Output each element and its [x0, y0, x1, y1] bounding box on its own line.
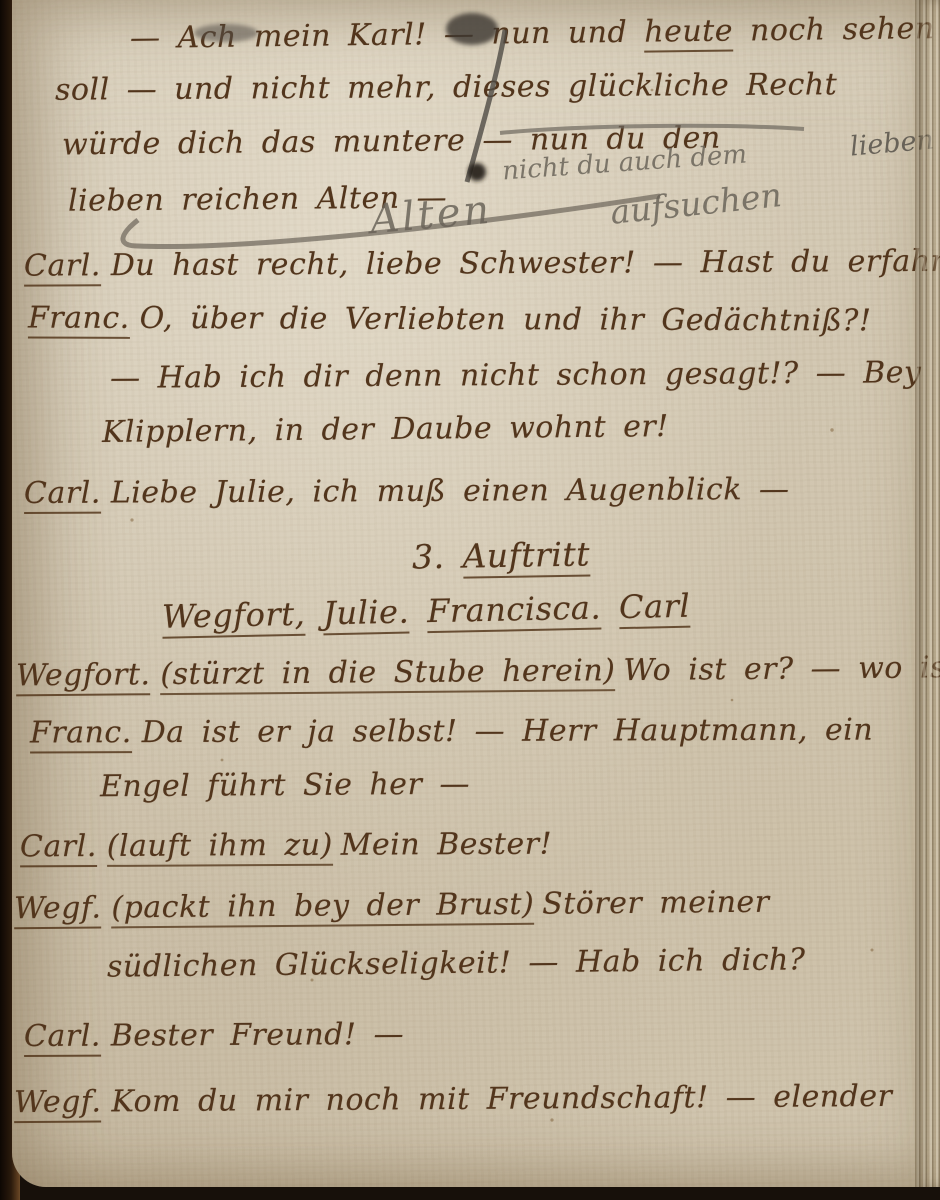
line-text: Kom du mir noch mit Freundschaft! — elen…	[111, 1079, 892, 1119]
dialogue-line: Wegf.Kom du mir noch mit Freundschaft! —…	[14, 1079, 893, 1120]
line-text: O, über die Verliebten und ihr Gedächtni…	[140, 301, 872, 339]
stage-direction: (stürzt in die Stube herein)	[160, 653, 615, 695]
line-text: Störer meiner	[542, 885, 770, 922]
line-text: Liebe Julie, ich muß einen Augenblick —	[111, 472, 790, 511]
cast-list: Wegfort,Julie.Francisca.Carl	[162, 586, 709, 635]
dialogue-line: Wegfort.(stürzt in die Stube herein)Wo i…	[16, 650, 940, 694]
ink-blot	[468, 163, 486, 181]
speaker-name: Carl.	[24, 248, 101, 286]
text-line: südlichen Glückseligkeit! — Hab ich dich…	[107, 942, 806, 984]
line-text: Bester Freund! —	[111, 1017, 404, 1054]
text-line: soll — und nicht mehr, dieses glückliche…	[55, 67, 837, 107]
speaker-name: Wegfort.	[16, 657, 151, 696]
stage-direction: (packt ihn bey der Brust)	[111, 887, 534, 929]
speaker-name: Franc.	[30, 715, 132, 753]
pencil-stroke-page-mark-7	[467, 30, 505, 182]
scene-heading: 3. Auftritt	[412, 534, 591, 576]
line-text: südlichen Glückseligkeit! — Hab ich dich…	[107, 942, 806, 984]
pencil-note-big2: aufsuchen	[608, 175, 783, 232]
line-text: soll — und nicht mehr, dieses glückliche…	[55, 67, 837, 107]
underlined-word: heute	[644, 14, 733, 53]
line-text: noch sehen	[733, 11, 935, 48]
dialogue-line: Franc.Da ist er ja selbst! — Herr Hauptm…	[30, 713, 873, 751]
text-line: Klipplern, in der Daube wohnt er!	[102, 409, 669, 450]
speaker-name: Franc.	[28, 301, 130, 339]
dialogue-line: Franc.O, über die Verliebten und ihr Ged…	[28, 301, 872, 339]
line-text: — Hab ich dir denn nicht schon gesagt!? …	[110, 355, 922, 396]
dialogue-line: Carl.Du hast recht, liebe Schwester! — H…	[24, 243, 940, 283]
manuscript-page: — Ach mein Karl! — nun und heute noch se…	[12, 0, 940, 1187]
text-line: — Hab ich dir denn nicht schon gesagt!? …	[110, 355, 922, 396]
cast-name: Francisca.	[427, 589, 602, 634]
speaker-name: Carl.	[20, 829, 97, 867]
pencil-note-big: Alten	[368, 187, 494, 243]
line-text: Da ist er ja selbst! — Herr Hauptmann, e…	[142, 713, 874, 751]
dialogue-line: Carl.Liebe Julie, ich muß einen Augenbli…	[24, 472, 790, 511]
cast-name: Carl	[619, 587, 691, 629]
text-line: Engel führt Sie her —	[100, 767, 470, 805]
speaker-name: Wegf.	[14, 1084, 102, 1123]
line-text: Engel führt Sie her —	[100, 767, 470, 805]
scene-number: 3.	[412, 537, 445, 577]
speaker-name: Carl.	[24, 476, 101, 514]
cast-name: Julie.	[323, 593, 410, 636]
text-line: — Ach mein Karl! — nun und heute noch se…	[130, 11, 935, 56]
line-text: Du hast recht, liebe Schwester! — Hast d…	[111, 243, 940, 283]
dialogue-line: Wegf.(packt ihn bey der Brust)Störer mei…	[14, 885, 770, 927]
cast-name: Wegfort,	[162, 595, 306, 639]
line-text: — Ach mein Karl! — nun und	[130, 15, 645, 56]
dialogue-line: Carl.Bester Freund! —	[24, 1017, 404, 1054]
scene-title: Auftritt	[462, 534, 590, 578]
stage-direction: (lauft ihm zu)	[107, 828, 333, 867]
speaker-name: Wegf.	[14, 891, 102, 930]
line-text: Mein Bester!	[341, 827, 553, 863]
page-stack-edge	[915, 0, 940, 1187]
speaker-name: Carl.	[24, 1019, 101, 1057]
manuscript-photo: — Ach mein Karl! — nun und heute noch se…	[0, 0, 940, 1200]
line-text: Klipplern, in der Daube wohnt er!	[102, 409, 669, 450]
dialogue-line: Carl.(lauft ihm zu)Mein Bester!	[20, 827, 552, 865]
line-text: Wo ist er? — wo ist er?	[623, 650, 940, 689]
